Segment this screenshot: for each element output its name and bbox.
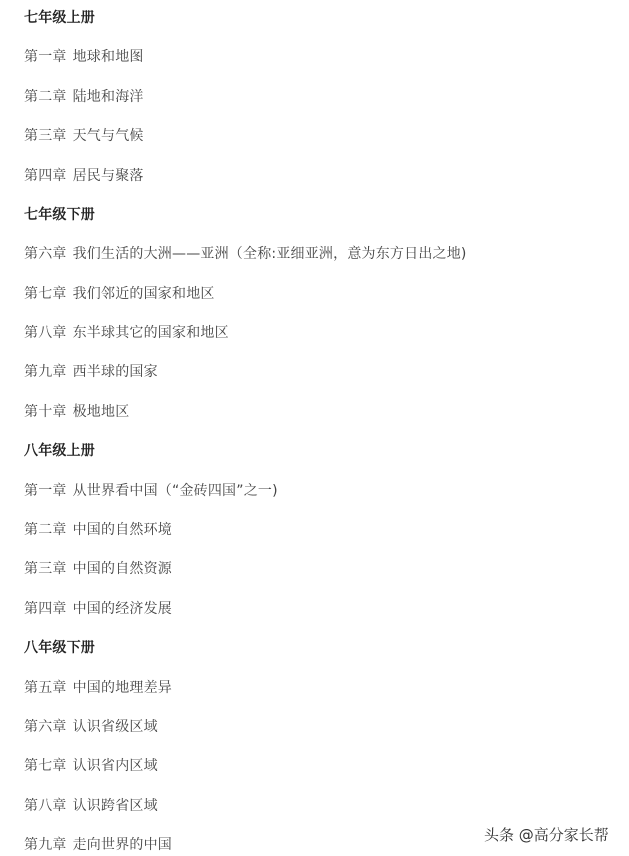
chapter-item: 第一章从世界看中国（“金砖四国”之一) [24,481,278,501]
chapter-item: 第六章我们生活的大洲——亚洲（全称:亚细亚洲，意为东方日出之地) [24,244,467,264]
chapter-item: 第七章认识省内区域 [24,756,158,776]
chapter-title: 陆地和海洋 [73,89,144,105]
chapter-title: 我们生活的大洲——亚洲（全称:亚细亚洲，意为东方日出之地) [73,246,467,262]
chapter-item: 第四章居民与聚落 [24,166,144,186]
chapter-number: 第五章 [24,680,67,696]
chapter-item: 第二章陆地和海洋 [24,87,144,107]
chapter-item: 第一章地球和地图 [24,47,144,67]
section-heading: 八年级上册 [24,441,95,461]
chapter-title: 中国的自然资源 [73,561,172,577]
chapter-title: 从世界看中国（“金砖四国”之一) [73,483,278,499]
chapter-item: 第八章认识跨省区域 [24,796,158,816]
chapter-title: 我们邻近的国家和地区 [73,286,215,302]
chapter-title: 认识跨省区域 [73,798,158,814]
chapter-item: 第二章中国的自然环境 [24,520,172,540]
chapter-number: 第三章 [24,561,67,577]
chapter-number: 第八章 [24,325,67,341]
chapter-number: 第三章 [24,128,67,144]
chapter-item: 第六章认识省级区域 [24,717,158,737]
chapter-item: 第八章东半球其它的国家和地区 [24,323,229,343]
chapter-title: 西半球的国家 [73,364,158,380]
chapter-title: 认识省级区域 [73,719,158,735]
chapter-number: 第六章 [24,719,67,735]
section-heading: 七年级下册 [24,205,95,225]
chapter-item: 第十章极地地区 [24,402,129,422]
chapter-title: 极地地区 [73,404,130,420]
section-heading: 七年级上册 [24,8,95,28]
chapter-title: 天气与气候 [73,128,144,144]
chapter-number: 第八章 [24,798,67,814]
chapter-number: 第十章 [24,404,67,420]
chapter-title: 中国的自然环境 [73,522,172,538]
chapter-number: 第七章 [24,758,67,774]
chapter-item: 第四章中国的经济发展 [24,599,172,619]
chapter-item: 第三章天气与气候 [24,126,144,146]
chapter-title: 地球和地图 [73,49,144,65]
chapter-number: 第一章 [24,49,67,65]
chapter-item: 第九章走向世界的中国 [24,835,172,855]
chapter-title: 走向世界的中国 [73,837,172,853]
chapter-item: 第三章中国的自然资源 [24,559,172,579]
chapter-title: 中国的地理差异 [73,680,172,696]
chapter-number: 第六章 [24,246,67,262]
chapter-title: 居民与聚落 [73,168,144,184]
chapter-item: 第七章我们邻近的国家和地区 [24,284,215,304]
chapter-item: 第九章西半球的国家 [24,362,158,382]
chapter-number: 第四章 [24,601,67,617]
chapter-number: 第二章 [24,522,67,538]
chapter-number: 第七章 [24,286,67,302]
chapter-title: 东半球其它的国家和地区 [73,325,229,341]
chapter-number: 第四章 [24,168,67,184]
chapter-number: 第九章 [24,837,67,853]
chapter-title: 中国的经济发展 [73,601,172,617]
chapter-number: 第九章 [24,364,67,380]
section-heading: 八年级下册 [24,638,95,658]
chapter-item: 第五章中国的地理差异 [24,678,172,698]
watermark: 头条 @高分家长帮 [484,824,609,845]
chapter-number: 第二章 [24,89,67,105]
chapter-title: 认识省内区域 [73,758,158,774]
chapter-number: 第一章 [24,483,67,499]
